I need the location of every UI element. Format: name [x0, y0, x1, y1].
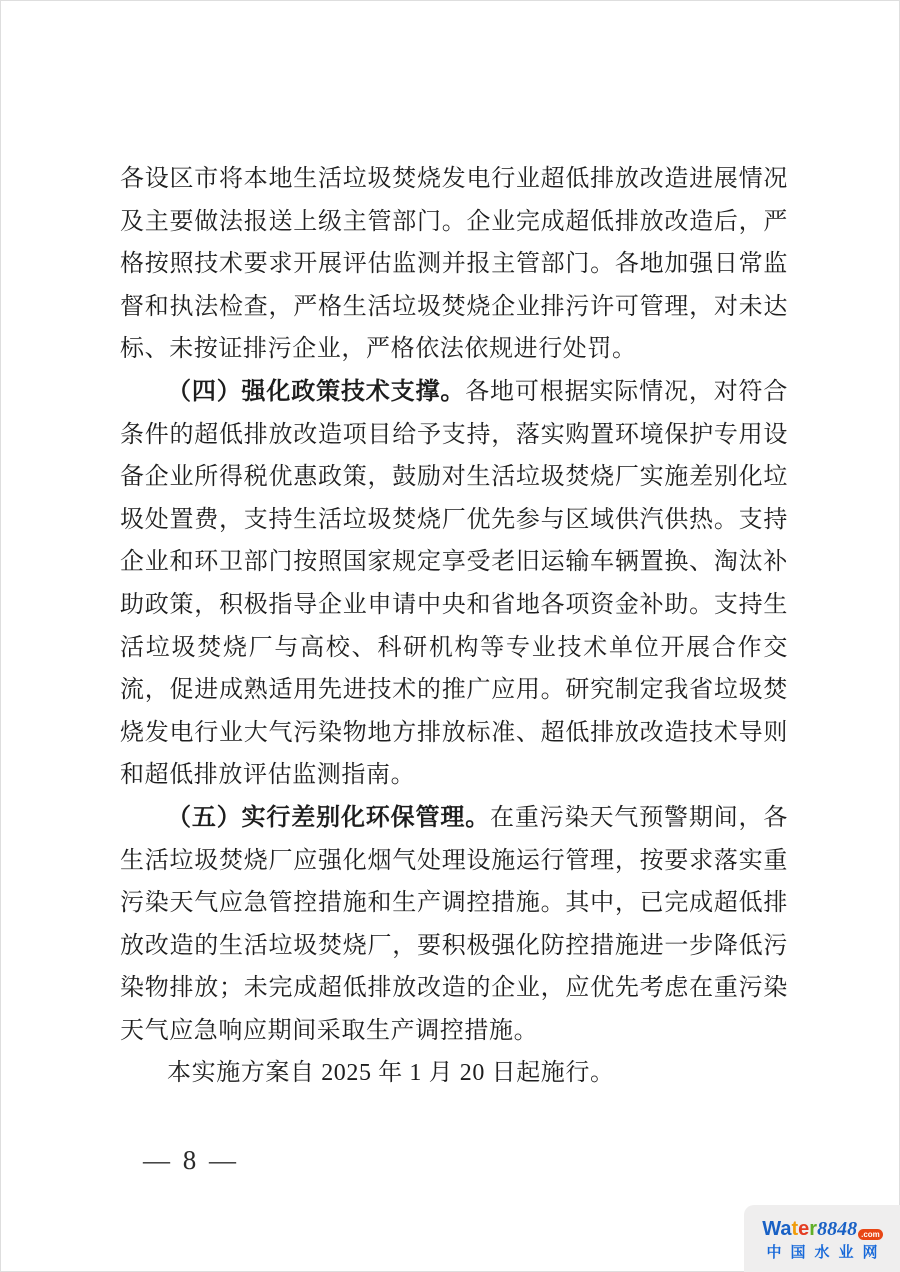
paragraph-text: 各设区市将本地生活垃圾焚烧发电行业超低排放改造进展情况及主要做法报送上级主管部门…: [120, 166, 788, 362]
paragraph-section-4: （四）强化政策技术支撑。各地可根据实际情况，对符合条件的超低排放改造项目给予支持…: [120, 371, 788, 797]
page-number: — 8 —: [143, 1145, 239, 1176]
logo-letter-wa: Wa: [762, 1218, 791, 1240]
paragraph-effective-date: 本实施方案自 2025 年 1 月 20 日起施行。: [120, 1052, 788, 1095]
water8848-logo: Water8848.com: [744, 1218, 900, 1241]
section-heading: （五）实行差别化环保管理。: [167, 805, 490, 831]
paragraph-text: 各地可根据实际情况，对符合条件的超低排放改造项目给予支持，落实购置环境保护专用设…: [120, 379, 788, 788]
water8848-watermark: Water8848.com 中国水业网: [744, 1205, 900, 1272]
document-page: 各设区市将本地生活垃圾焚烧发电行业超低排放改造进展情况及主要做法报送上级主管部门…: [0, 0, 900, 1272]
logo-subtitle: 中国水业网: [744, 1243, 900, 1263]
paragraph-text: 在重污染天气预警期间，各生活垃圾焚烧厂应强化烟气处理设施运行管理，按要求落实重污…: [120, 805, 788, 1044]
logo-tld-badge: .com: [858, 1229, 883, 1240]
paragraph-section-5: （五）实行差别化环保管理。在重污染天气预警期间，各生活垃圾焚烧厂应强化烟气处理设…: [120, 797, 788, 1053]
logo-letter-r: r: [809, 1218, 817, 1240]
paragraph-text: 本实施方案自 2025 年 1 月 20 日起施行。: [167, 1060, 615, 1086]
paragraph-continuation: 各设区市将本地生活垃圾焚烧发电行业超低排放改造进展情况及主要做法报送上级主管部门…: [120, 158, 788, 371]
section-heading: （四）强化政策技术支撑。: [167, 379, 465, 405]
logo-number: 8848: [817, 1218, 857, 1240]
document-body: 各设区市将本地生活垃圾焚烧发电行业超低排放改造进展情况及主要做法报送上级主管部门…: [120, 158, 788, 1095]
logo-letter-e: e: [798, 1218, 809, 1240]
